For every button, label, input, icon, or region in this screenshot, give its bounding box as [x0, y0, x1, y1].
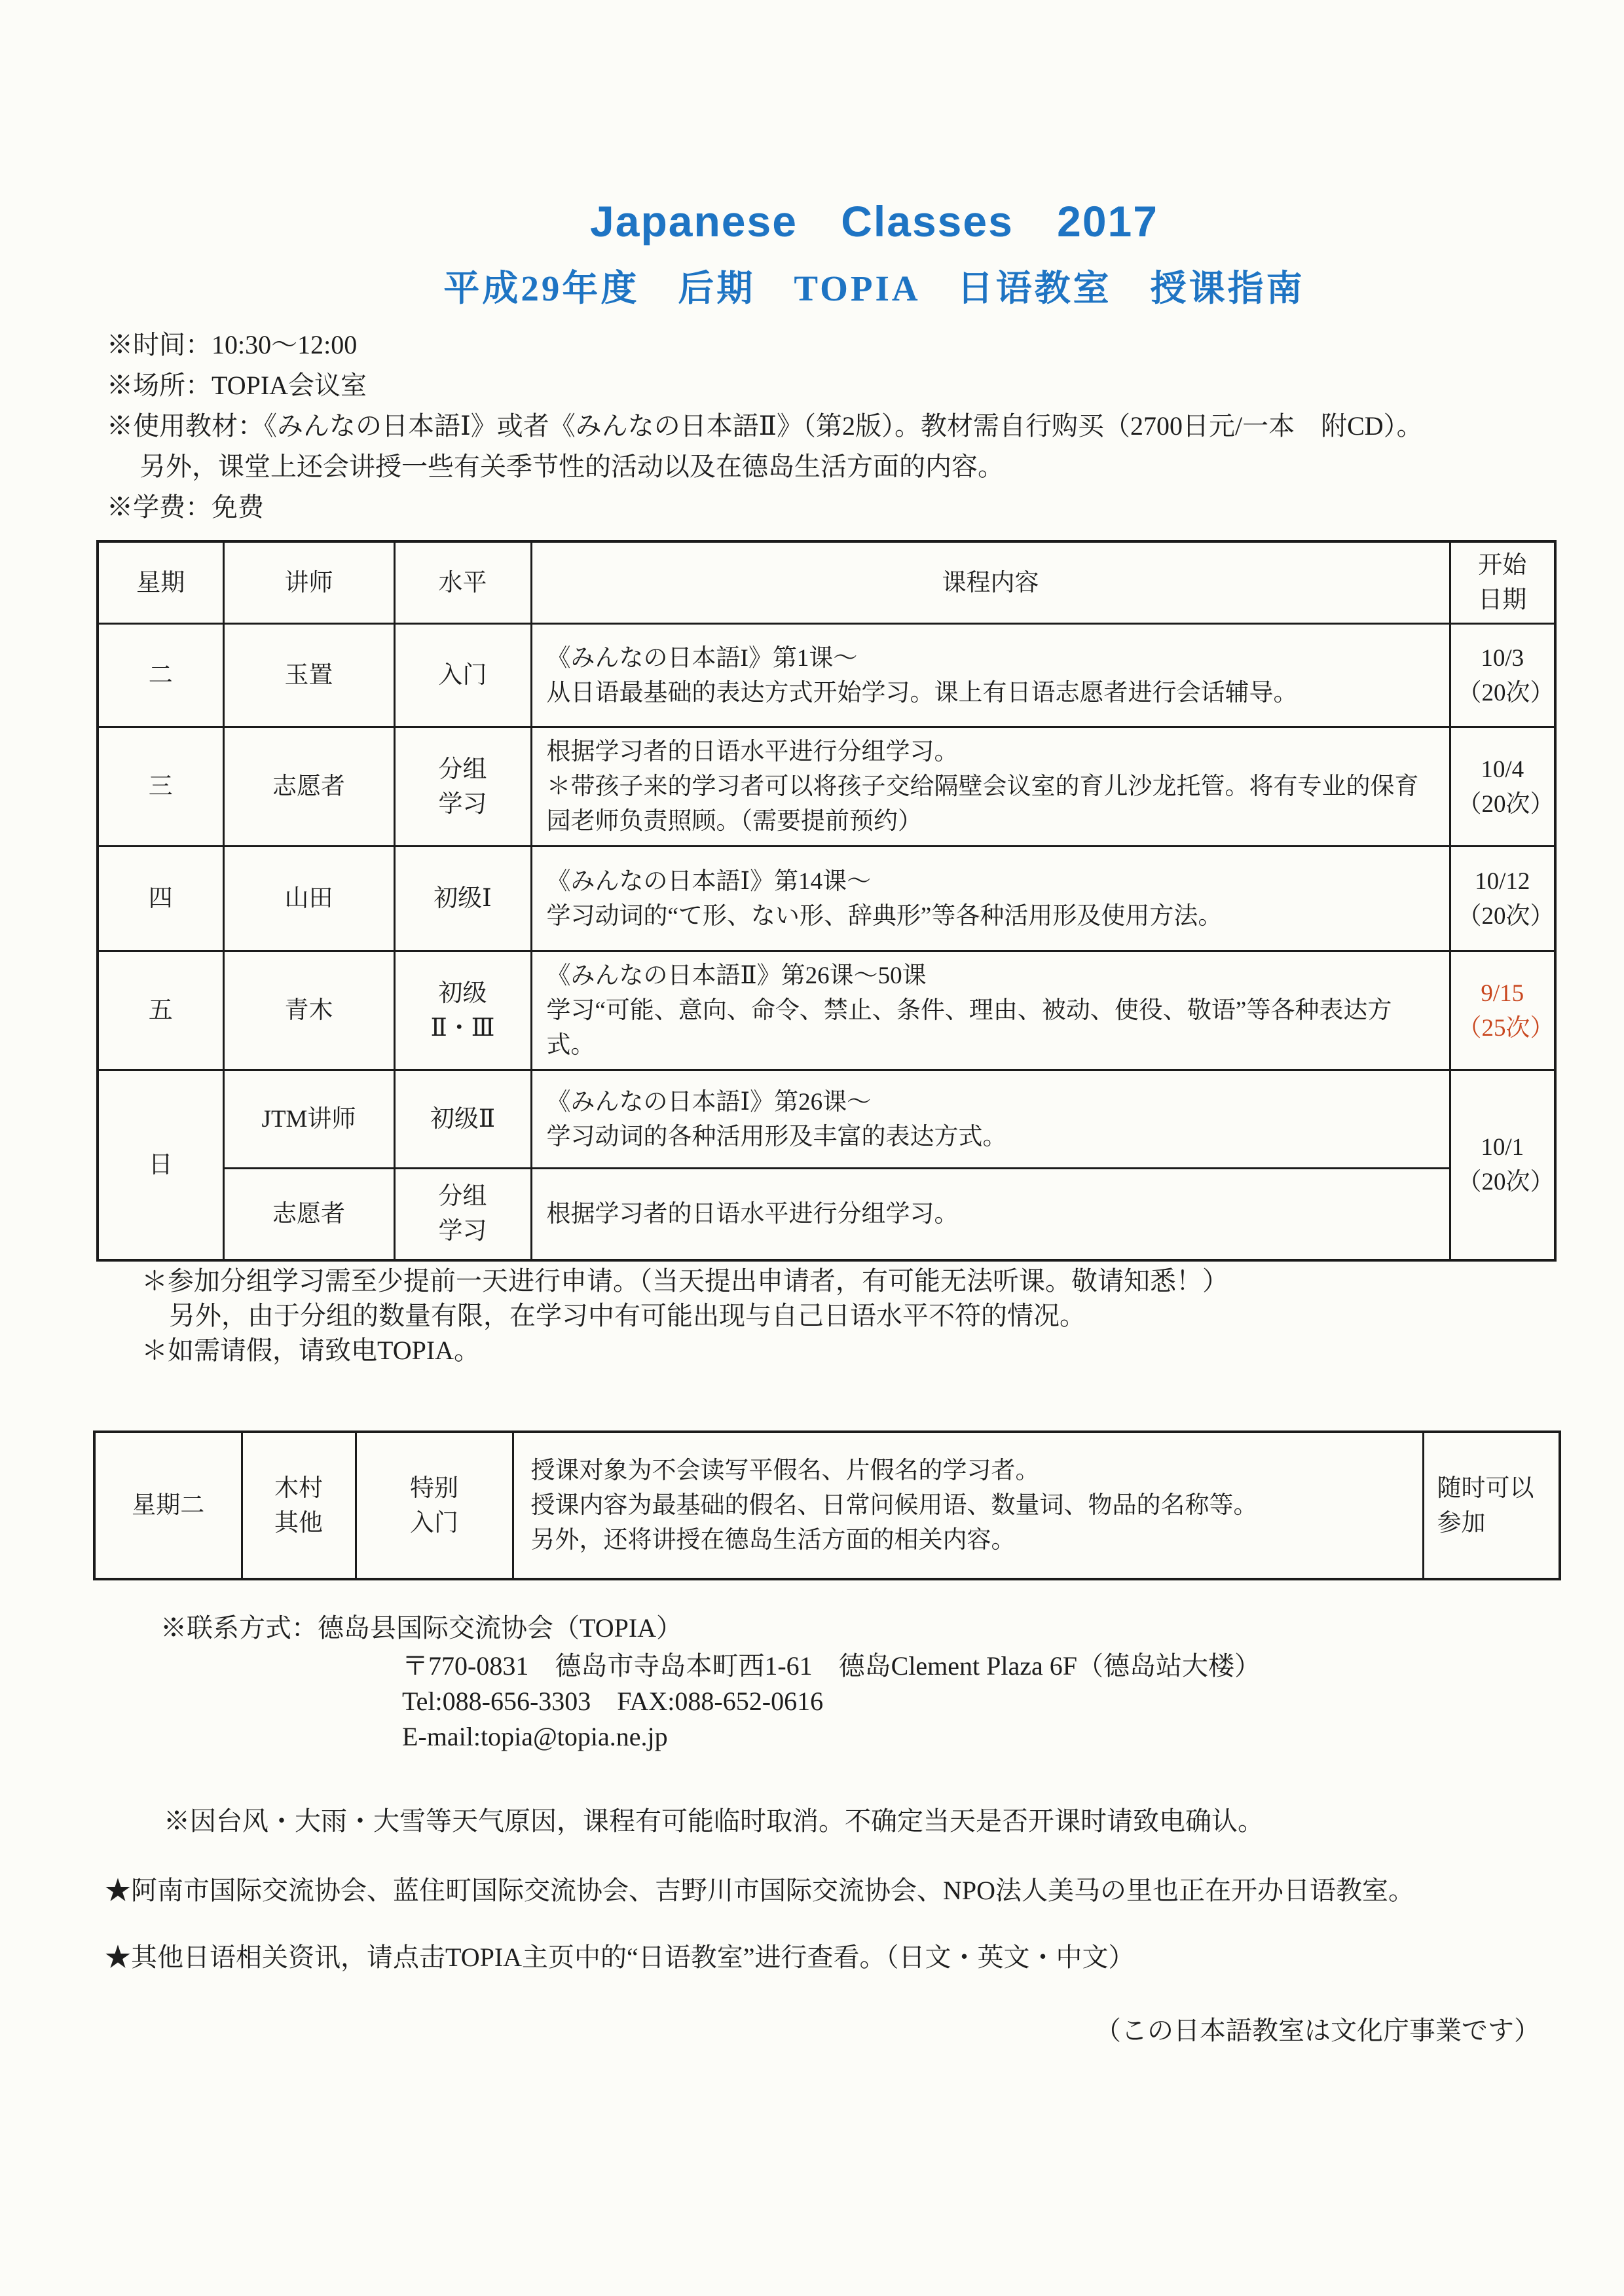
- cell-start-date-highlighted: 9/15 （25次）: [1450, 951, 1555, 1070]
- cell-content: 《みんなの日本語I》第1课～ 从日语最基础的表达方式开始学习。课上有日语志愿者进…: [531, 624, 1450, 727]
- table-row: 星期二 木村 其他 特别 入门 授课对象为不会读写平假名、片假名的学习者。 授课…: [94, 1432, 1560, 1579]
- table-row: 五 青木 初级 Ⅱ・Ⅲ 《みんなの日本語Ⅱ》第26课～50课 学习“可能、意向、…: [98, 951, 1555, 1070]
- cell-day: 五: [98, 951, 223, 1070]
- cell-content: 授课对象为不会读写平假名、片假名的学习者。 授课内容为最基础的假名、日常问候用语…: [513, 1432, 1423, 1579]
- page-title-chinese: 平成29年度 后期 TOPIA 日语教室 授课指南: [124, 259, 1624, 311]
- cell-content: 《みんなの日本語Ⅱ》第26课～50课 学习“可能、意向、命令、禁止、条件、理由、…: [531, 951, 1450, 1070]
- col-header-day: 星期: [98, 541, 223, 624]
- cell-teacher: 青木: [223, 951, 394, 1070]
- more-info-note: ★其他日语相关资讯，请点击TOPIA主页中的“日语教室”进行查看。（日文・英文・…: [105, 1937, 1572, 1974]
- cell-level: 初级Ⅱ: [394, 1070, 531, 1169]
- contact-address: 〒770-0831 德岛市寺岛本町西1-61 德岛Clement Plaza 6…: [402, 1649, 1470, 1684]
- cell-level: 入门: [394, 624, 531, 727]
- post-table-notes: ＊参加分组学习需至少提前一天进行申请。（当天提出申请者，有可能无法听课。敬请知悉…: [141, 1264, 1530, 1368]
- col-header-level: 水平: [394, 541, 531, 624]
- cell-teacher: 志愿者: [223, 1169, 394, 1260]
- cell-start-date: 10/12 （20次）: [1450, 847, 1555, 951]
- cell-start-date: 10/4 （20次）: [1450, 727, 1555, 847]
- info-note-materials-extra: 另外，课堂上还会讲授一些有关季节性的活动以及在德岛生活方面的内容。: [107, 446, 1534, 487]
- post-note-application: ＊参加分组学习需至少提前一天进行申请。（当天提出申请者，有可能无法听课。敬请知悉…: [141, 1264, 1530, 1298]
- table-row: 日 JTM讲师 初级Ⅱ 《みんなの日本語Ⅰ》第26课～ 学习动词的各种活用形及丰…: [98, 1070, 1555, 1169]
- cell-level: 特别 入门: [356, 1432, 513, 1579]
- cell-day: 三: [98, 727, 223, 847]
- post-note-absence: ＊如需请假，请致电TOPIA。: [141, 1333, 1530, 1368]
- info-notes: ※时间：10:30～12:00 ※场所：TOPIA会议室 ※使用教材：《みんなの…: [107, 325, 1534, 528]
- info-note-time: ※时间：10:30～12:00: [107, 325, 1534, 365]
- info-note-fee: ※学费：免费: [107, 487, 1534, 528]
- cell-day: 二: [98, 624, 223, 727]
- cell-content: 《みんなの日本語Ⅰ》第14课～ 学习动词的“て形、ない形、辞典形”等各种活用形及…: [531, 847, 1450, 951]
- cell-teacher: JTM讲师: [223, 1070, 394, 1169]
- schedule-table: 星期 讲师 水平 课程内容 开始 日期 二 玉置 入门 《みんなの日本語I》第1…: [96, 540, 1557, 1262]
- header-title-block: Japanese Classes 2017 平成29年度 后期 TOPIA 日语…: [124, 196, 1624, 311]
- cell-level: 初级 Ⅱ・Ⅲ: [394, 951, 531, 1070]
- weather-cancellation-note: ※因台风・大雨・大雪等天气原因，课程有可能临时取消。不确定当天是否开课时请致电确…: [164, 1800, 1552, 1838]
- other-associations-note: ★阿南市国际交流协会、蓝住町国际交流协会、吉野川市国际交流协会、NPO法人美马の…: [105, 1870, 1572, 1907]
- cell-teacher: 志愿者: [223, 727, 394, 847]
- col-header-start-date: 开始 日期: [1450, 541, 1555, 624]
- cell-teacher: 山田: [223, 847, 394, 951]
- cell-day: 星期二: [94, 1432, 242, 1579]
- cell-join-anytime: 随时可以 参加: [1423, 1432, 1560, 1579]
- special-class-table: 星期二 木村 其他 特别 入门 授课对象为不会读写平假名、片假名的学习者。 授课…: [93, 1430, 1561, 1580]
- contact-email: E-mail:topia@topia.ne.jp: [402, 1719, 1470, 1755]
- agency-program-note: （この日本語教室は文化庁事業です）: [0, 2010, 1540, 2047]
- col-header-teacher: 讲师: [223, 541, 394, 624]
- document-page: Japanese Classes 2017 平成29年度 后期 TOPIA 日语…: [0, 0, 1624, 2296]
- table-row: 三 志愿者 分组 学习 根据学习者的日语水平进行分组学习。 ＊带孩子来的学习者可…: [98, 727, 1555, 847]
- cell-teacher: 玉置: [223, 624, 394, 727]
- cell-content: 根据学习者的日语水平进行分组学习。 ＊带孩子来的学习者可以将孩子交给隔壁会议室的…: [531, 727, 1450, 847]
- cell-level: 分组 学习: [394, 727, 531, 847]
- cell-level: 分组 学习: [394, 1169, 531, 1260]
- cell-teacher: 木村 其他: [242, 1432, 356, 1579]
- info-note-materials: ※使用教材：《みんなの日本語Ⅰ》或者《みんなの日本語Ⅱ》（第2版）。教材需自行购…: [107, 406, 1534, 446]
- cell-content: 《みんなの日本語Ⅰ》第26课～ 学习动词的各种活用形及丰富的表达方式。: [531, 1070, 1450, 1169]
- cell-start-date: 10/1 （20次）: [1450, 1070, 1555, 1260]
- schedule-header-row: 星期 讲师 水平 课程内容 开始 日期: [98, 541, 1555, 624]
- cell-level: 初级Ⅰ: [394, 847, 531, 951]
- post-note-group-limit: 另外，由于分组的数量有限，在学习中有可能出现与自己日语水平不符的情况。: [141, 1298, 1530, 1333]
- col-header-content: 课程内容: [531, 541, 1450, 624]
- cell-day: 日: [98, 1070, 223, 1260]
- table-row: 四 山田 初级Ⅰ 《みんなの日本語Ⅰ》第14课～ 学习动词的“て形、ない形、辞典…: [98, 847, 1555, 951]
- cell-start-date: 10/3 （20次）: [1450, 624, 1555, 727]
- page-title-english: Japanese Classes 2017: [124, 196, 1624, 246]
- info-note-place: ※场所：TOPIA会议室: [107, 365, 1534, 406]
- contact-block: ※联系方式：德岛县国际交流协会（TOPIA） 〒770-0831 德岛市寺岛本町…: [160, 1611, 1470, 1755]
- contact-heading: ※联系方式：德岛县国际交流协会（TOPIA）: [160, 1611, 1470, 1646]
- cell-day: 四: [98, 847, 223, 951]
- table-row: 二 玉置 入门 《みんなの日本語I》第1课～ 从日语最基础的表达方式开始学习。课…: [98, 624, 1555, 727]
- contact-details: 〒770-0831 德岛市寺岛本町西1-61 德岛Clement Plaza 6…: [402, 1649, 1470, 1755]
- contact-tel-fax: Tel:088-656-3303 FAX:088-652-0616: [402, 1684, 1470, 1719]
- table-row: 志愿者 分组 学习 根据学习者的日语水平进行分组学习。: [98, 1169, 1555, 1260]
- cell-content: 根据学习者的日语水平进行分组学习。: [531, 1169, 1450, 1260]
